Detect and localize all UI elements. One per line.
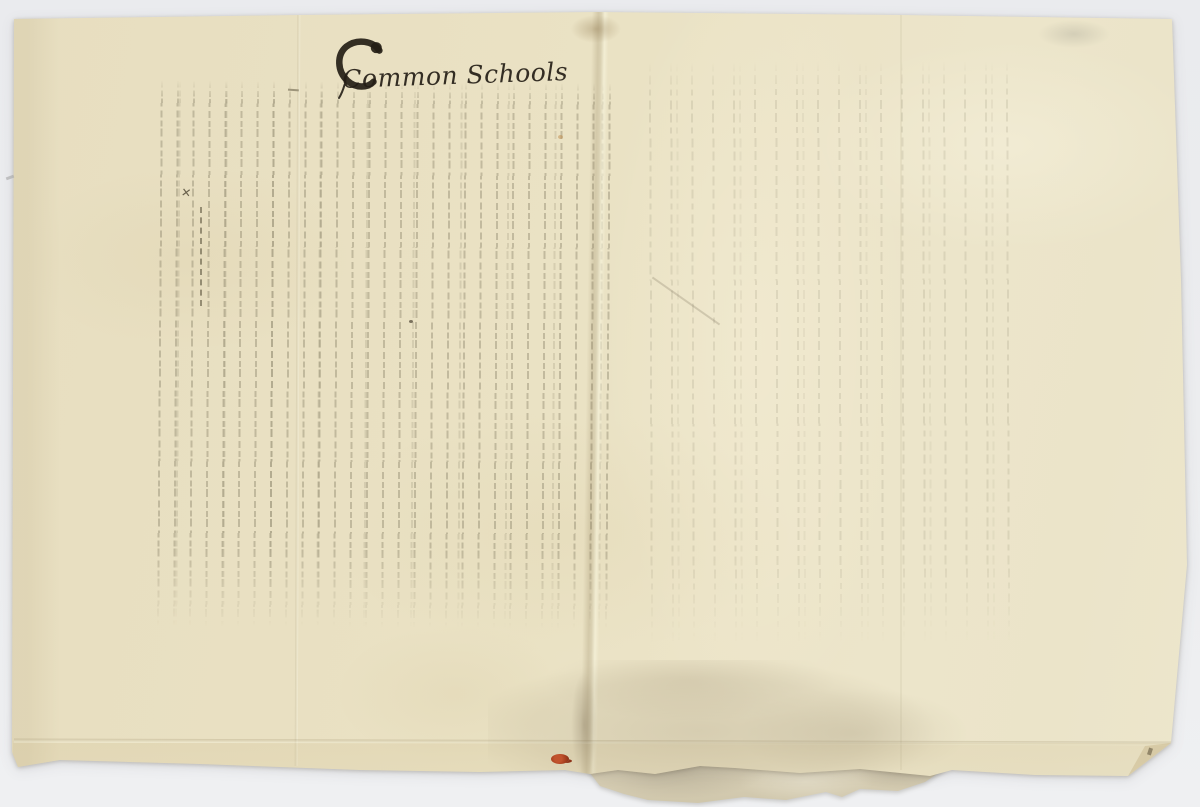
wax-seal-remnant (551, 754, 569, 764)
bleedthrough-columns-right (631, 61, 1011, 642)
rust-speck (558, 135, 563, 139)
paper-sheet: ✕ (0, 0, 1200, 807)
bleedthrough-columns-middle (146, 80, 620, 628)
top-center-smudge (571, 15, 621, 43)
bleedthrough-dash-line (200, 207, 202, 306)
top-right-smudge (1038, 20, 1110, 48)
paper-sheet-wrap: ✕ (0, 0, 1200, 807)
ink-speck (409, 320, 413, 323)
scan-background: ✕ (0, 0, 1200, 807)
bleedthrough-text-middle (146, 80, 620, 628)
handwritten-label: Common Schools (342, 57, 569, 94)
bleedthrough-text-right (631, 61, 1011, 642)
handwriting-svg: Common Schools (327, 30, 579, 105)
fold-crease-vertical-right (900, 15, 902, 770)
handwriting: Common Schools (327, 30, 579, 105)
bleedthrough-x-mark: ✕ (180, 186, 196, 202)
